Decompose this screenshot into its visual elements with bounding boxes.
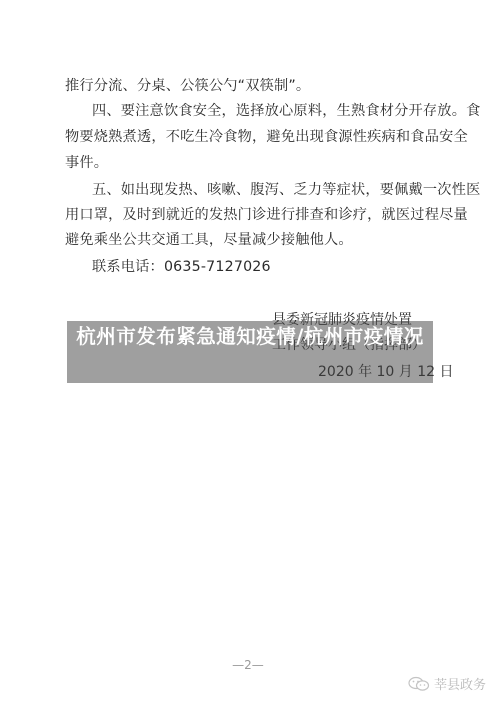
paragraph-line: 五、如出现发热、咳嗽、腹泻、乏力等症状，要佩戴一次性医	[92, 181, 480, 199]
contact-phone: 联系电话：0635-7127026	[92, 258, 271, 276]
paragraph-line: 推行分流、分桌、公筷公勺“双筷制”。	[65, 77, 310, 95]
paragraph-line: 用口罩，及时到就近的发热门诊进行排查和诊疗，就医过程尽量	[65, 206, 468, 224]
banner-title: 杭州市发布紧急通知疫情/杭州市疫情况	[67, 324, 433, 349]
paragraph-line: 事件。	[65, 154, 108, 172]
watermark-label: 莘县政务	[434, 674, 486, 693]
paragraph-line: 物要烧熟煮透，不吃生冷食物，避免出现食源性疾病和食品安全	[65, 128, 468, 146]
watermark: 莘县政务	[408, 674, 486, 693]
document-page: 推行分流、分桌、公筷公勺“双筷制”。 四、要注意饮食安全，选择放心原料，生熟食材…	[0, 0, 500, 706]
wechat-icon	[408, 676, 430, 692]
paragraph-line: 避免乘坐公共交通工具，尽量减少接触他人。	[65, 231, 353, 249]
paragraph-line: 四、要注意饮食安全，选择放心原料，生熟食材分开存放。食	[92, 102, 480, 120]
page-number: —2—	[228, 658, 268, 672]
